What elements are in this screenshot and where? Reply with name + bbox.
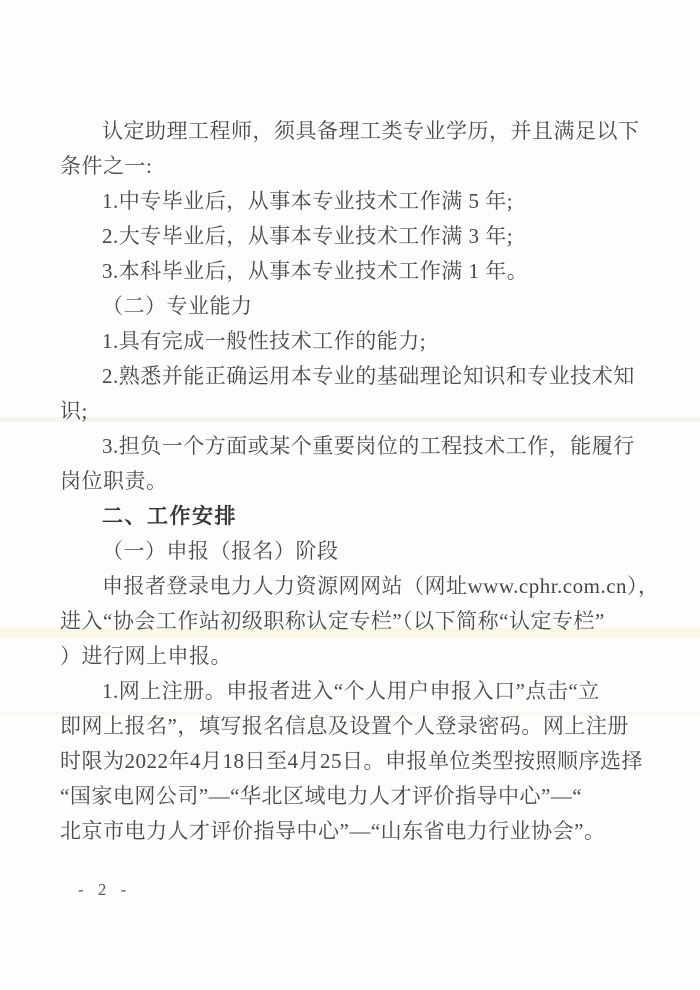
text-line: 3.本科毕业后，从事本专业技术工作满 1 年。: [60, 254, 626, 289]
text-line: 2.大专毕业后，从事本专业技术工作满 3 年;: [60, 219, 626, 254]
text-line: 3.担负一个方面或某个重要岗位的工程技术工作，能履行: [60, 429, 626, 464]
text-line: 1.具有完成一般性技术工作的能力;: [60, 324, 626, 359]
text-line: （一）申报（报名）阶段: [60, 534, 626, 569]
text-line: 岗位职责。: [60, 464, 626, 499]
document-page: 认定助理工程师，须具备理工类专业学历，并且满足以下条件之一:1.中专毕业后，从事…: [0, 0, 700, 990]
text-line: 申报者登录电力人力资源网网站（网址www.cphr.com.cn），: [60, 569, 626, 604]
text-line: 二、工作安排: [60, 499, 626, 534]
page-number: - 2 -: [78, 880, 131, 900]
text-line: “国家电网公司”—“华北区域电力人才评价指导中心”—“: [60, 779, 626, 814]
text-line: 2.熟悉并能正确运用本专业的基础理论知识和专业技术知: [60, 359, 626, 394]
text-line: 识;: [60, 394, 626, 429]
text-line: 时限为2022年4月18日至4月25日。申报单位类型按照顺序选择: [60, 744, 626, 779]
text-line: 认定助理工程师，须具备理工类专业学历，并且满足以下: [60, 114, 626, 149]
text-line: （二）专业能力: [60, 289, 626, 324]
text-line: 1.网上注册。申报者进入“个人用户申报入口”点击“立: [60, 674, 626, 709]
text-line: 即网上报名”，填写报名信息及设置个人登录密码。网上注册: [60, 709, 626, 744]
text-line: ）进行网上申报。: [60, 639, 626, 674]
text-line: 北京市电力人才评价指导中心”—“山东省电力行业协会”。: [60, 814, 626, 849]
text-line: 条件之一:: [60, 149, 626, 184]
text-line: 1.中专毕业后，从事本专业技术工作满 5 年;: [60, 184, 626, 219]
text-line: 进入“协会工作站初级职称认定专栏”（以下简称“认定专栏”: [60, 604, 626, 639]
document-body: 认定助理工程师，须具备理工类专业学历，并且满足以下条件之一:1.中专毕业后，从事…: [60, 114, 626, 849]
